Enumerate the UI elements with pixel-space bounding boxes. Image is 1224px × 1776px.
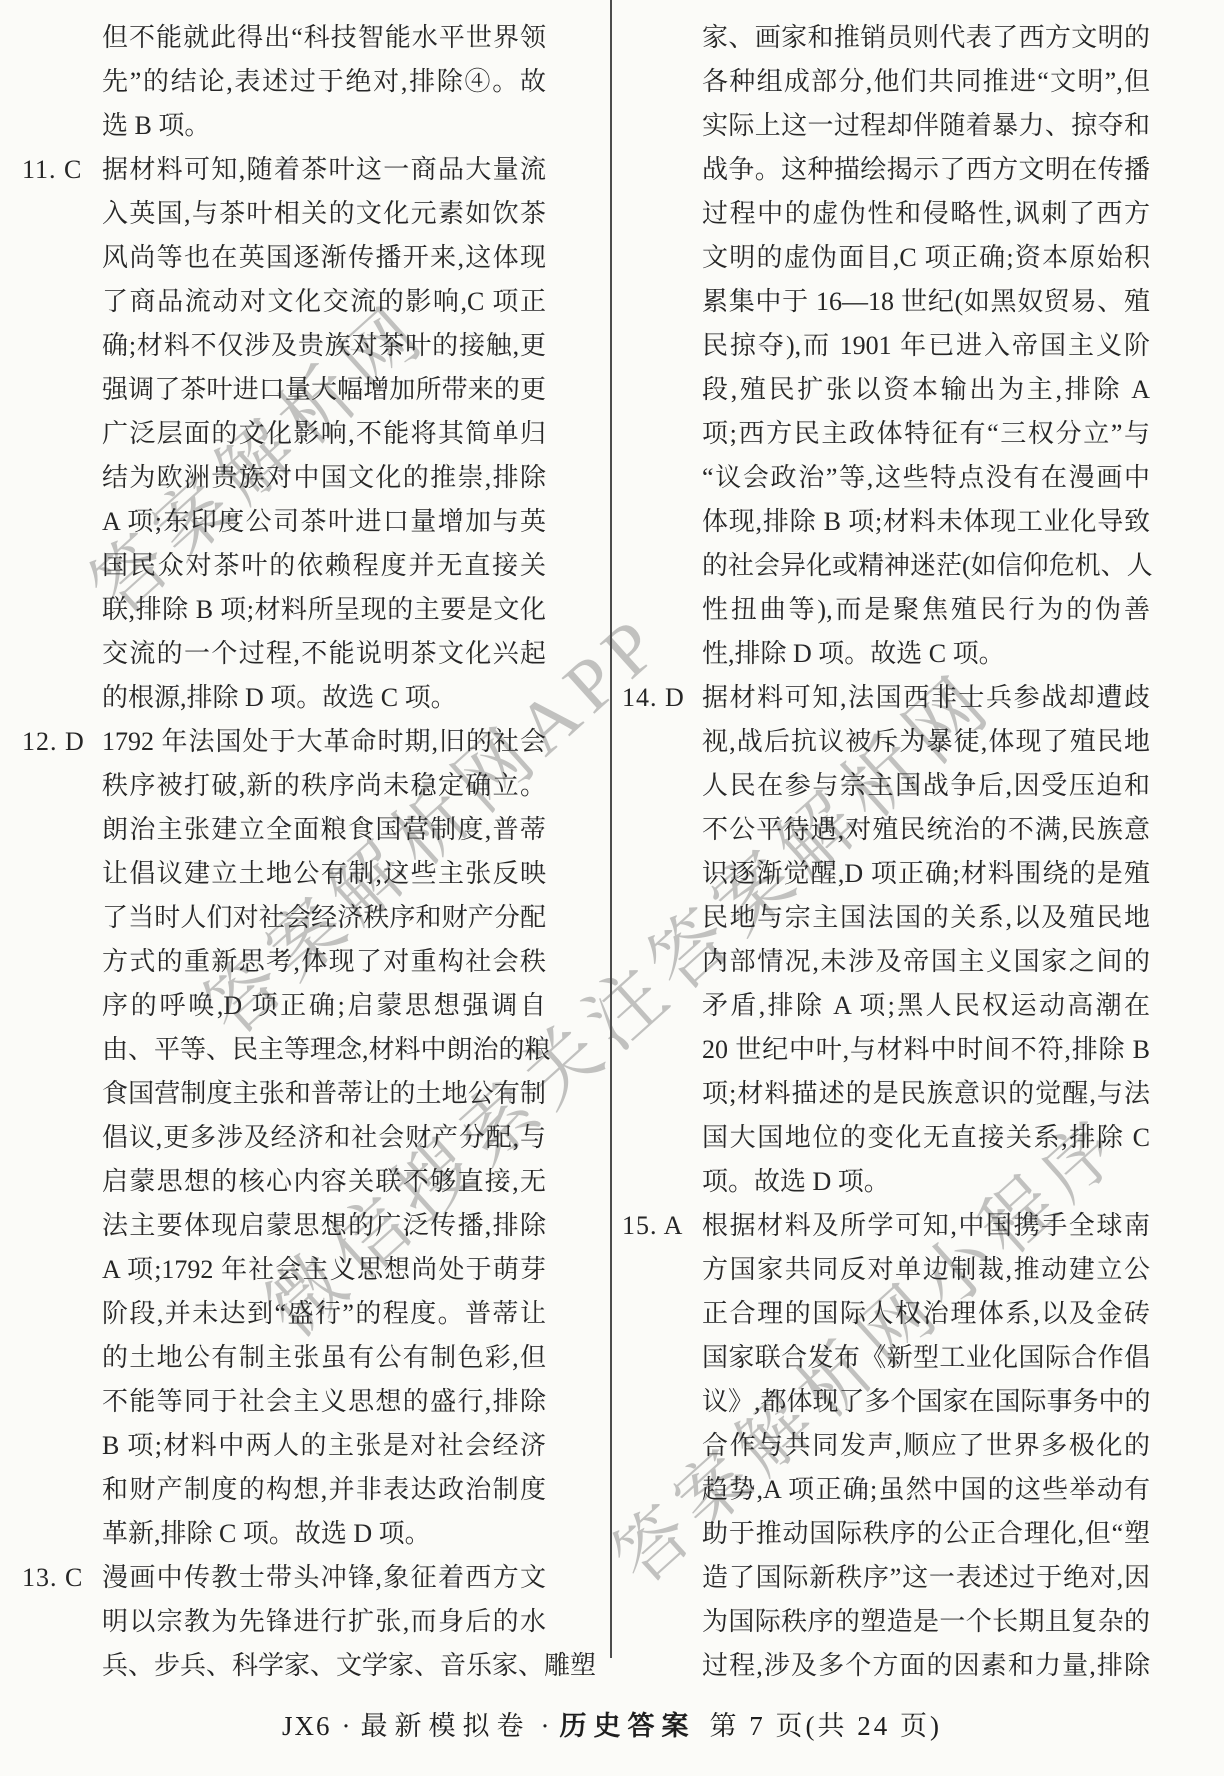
answer-text-line: 结为欧洲贵族对中国文化的推崇,排除 bbox=[102, 456, 546, 500]
line-gutter bbox=[22, 896, 102, 940]
answer-text-line: 入英国,与茶叶相关的文化元素如饮茶 bbox=[102, 192, 546, 236]
answer-line: 国大国地位的变化无直接关系,排除 C bbox=[622, 1116, 1150, 1160]
answer-text-line: 合作与共同发声,顺应了世界多极化的 bbox=[702, 1424, 1150, 1468]
answer-text-line: 体现,排除 B 项;材料未体现工业化导致 bbox=[702, 500, 1150, 544]
answer-line: 先”的结论,表述过于绝对,排除④。故 bbox=[22, 60, 546, 104]
answer-line: 正合理的国际人权治理体系,以及金砖 bbox=[622, 1292, 1150, 1336]
answer-line: 项;西方民主政体特征有“三权分立”与 bbox=[622, 412, 1150, 456]
line-gutter bbox=[622, 764, 702, 808]
answer-line: 实际上这一过程却伴随着暴力、掠夺和 bbox=[622, 104, 1150, 148]
answer-text-line: 性扭曲等),而是聚焦殖民行为的伪善 bbox=[702, 588, 1150, 632]
line-gutter bbox=[22, 236, 102, 280]
answer-line: 项。故选 D 项。 bbox=[622, 1160, 1150, 1204]
line-gutter bbox=[22, 1468, 102, 1512]
line-gutter bbox=[22, 456, 102, 500]
answer-line: 内部情况,未涉及帝国主义国家之间的 bbox=[622, 940, 1150, 984]
line-gutter bbox=[622, 720, 702, 764]
answer-line: 由、平等、民主等理念,材料中朗治的粮 bbox=[22, 1028, 546, 1072]
answer-text-line: 根据材料及所学可知,中国携手全球南 bbox=[702, 1204, 1150, 1248]
line-gutter bbox=[22, 1028, 102, 1072]
answer-line: A 项;东印度公司茶叶进口量增加与英 bbox=[22, 500, 546, 544]
answer-line: 不公平待遇,对殖民统治的不满,民族意 bbox=[622, 808, 1150, 852]
line-gutter bbox=[22, 1072, 102, 1116]
line-gutter bbox=[622, 588, 702, 632]
answer-line: 方国家共同反对单边制裁,推动建立公 bbox=[622, 1248, 1150, 1292]
line-gutter bbox=[22, 984, 102, 1028]
line-gutter bbox=[622, 1116, 702, 1160]
line-gutter bbox=[622, 1028, 702, 1072]
line-gutter bbox=[622, 1292, 702, 1336]
answer-text-line: 但不能就此得出“科技智能水平世界领 bbox=[102, 16, 546, 60]
answer-text-line: 强调了茶叶进口量大幅增加所带来的更 bbox=[102, 368, 546, 412]
line-gutter bbox=[622, 236, 702, 280]
line-gutter bbox=[22, 280, 102, 324]
question-number-label: 13. C bbox=[22, 1556, 102, 1600]
answer-text-line: 食国营制度主张和普蒂让的土地公有制 bbox=[102, 1072, 546, 1116]
answer-text-line: 不能等同于社会主义思想的盛行,排除 bbox=[102, 1380, 546, 1424]
answer-line: 项;材料描述的是民族意识的觉醒,与法 bbox=[622, 1072, 1150, 1116]
answer-text-line: 广泛层面的文化影响,不能将其简单归 bbox=[102, 412, 546, 456]
answer-line: 视,战后抗议被斥为暴徒,体现了殖民地 bbox=[622, 720, 1150, 764]
line-gutter bbox=[622, 984, 702, 1028]
answer-line: 了商品流动对文化交流的影响,C 项正 bbox=[22, 280, 546, 324]
answer-text-line: 国大国地位的变化无直接关系,排除 C bbox=[702, 1116, 1150, 1160]
line-gutter bbox=[22, 1644, 102, 1688]
answer-line: 过程,涉及多个方面的因素和力量,排除 bbox=[622, 1644, 1150, 1688]
footer-separator-dot: · bbox=[541, 1711, 550, 1741]
answer-line: 但不能就此得出“科技智能水平世界领 bbox=[22, 16, 546, 60]
line-gutter bbox=[622, 1072, 702, 1116]
answer-line: 广泛层面的文化影响,不能将其简单归 bbox=[22, 412, 546, 456]
answer-line: 合作与共同发声,顺应了世界多极化的 bbox=[622, 1424, 1150, 1468]
answer-text-line: 交流的一个过程,不能说明茶文化兴起 bbox=[102, 632, 546, 676]
answer-text-line: 民地与宗主国法国的关系,以及殖民地 bbox=[702, 896, 1150, 940]
answer-text-line: 国家联合发布《新型工业化国际合作倡 bbox=[702, 1336, 1150, 1380]
answer-line: 段,殖民扩张以资本输出为主,排除 A bbox=[622, 368, 1150, 412]
line-gutter bbox=[22, 1116, 102, 1160]
answer-text-line: 了当时人们对社会经济秩序和财产分配 bbox=[102, 896, 546, 940]
line-gutter bbox=[22, 588, 102, 632]
answer-text-line: 矛盾,排除 A 项;黑人民权运动高潮在 bbox=[702, 984, 1150, 1028]
line-gutter bbox=[622, 1160, 702, 1204]
answer-text-line: 选 B 项。 bbox=[102, 104, 546, 148]
line-gutter bbox=[22, 192, 102, 236]
column-divider-line bbox=[610, 0, 612, 1658]
answer-text-line: 的根源,排除 D 项。故选 C 项。 bbox=[102, 676, 546, 720]
answer-text-line: 实际上这一过程却伴随着暴力、掠夺和 bbox=[702, 104, 1150, 148]
line-gutter bbox=[622, 1644, 702, 1688]
answer-text-line: 为国际秩序的塑造是一个长期且复杂的 bbox=[702, 1600, 1150, 1644]
line-gutter bbox=[622, 1380, 702, 1424]
answer-text-line: 项。故选 D 项。 bbox=[702, 1160, 1150, 1204]
answer-text-line: 的社会异化或精神迷茫(如信仰危机、人 bbox=[702, 544, 1153, 588]
answer-line: 文明的虚伪面目,C 项正确;资本原始积 bbox=[622, 236, 1150, 280]
answer-text-line: 风尚等也在英国逐渐传播开来,这体现 bbox=[102, 236, 546, 280]
answer-line: 入英国,与茶叶相关的文化元素如饮茶 bbox=[22, 192, 546, 236]
answer-line: 13. C漫画中传教士带头冲锋,象征着西方文 bbox=[22, 1556, 546, 1600]
line-gutter bbox=[622, 940, 702, 984]
line-gutter bbox=[22, 500, 102, 544]
line-gutter bbox=[22, 764, 102, 808]
answer-line: 性,排除 D 项。故选 C 项。 bbox=[622, 632, 1150, 676]
answer-line: 家、画家和推销员则代表了西方文明的 bbox=[622, 16, 1150, 60]
answer-line: 国民众对茶叶的依赖程度并无直接关 bbox=[22, 544, 546, 588]
line-gutter bbox=[22, 1512, 102, 1556]
answer-text-line: 阶段,并未达到“盛行”的程度。普蒂让 bbox=[102, 1292, 546, 1336]
paper-series-title: 最新模拟卷 bbox=[361, 1711, 531, 1741]
answers-column-left: 但不能就此得出“科技智能水平世界领先”的结论,表述过于绝对,排除④。故选 B 项… bbox=[22, 16, 546, 1688]
answer-line: 人民在参与宗主国战争后,因受压迫和 bbox=[622, 764, 1150, 808]
answer-text-line: 家、画家和推销员则代表了西方文明的 bbox=[702, 16, 1150, 60]
line-gutter bbox=[22, 1160, 102, 1204]
answer-line: 各种组成部分,他们共同推进“文明”,但 bbox=[622, 60, 1150, 104]
question-number-label: 11. C bbox=[22, 148, 102, 192]
answer-line: 议》,都体现了多个国家在国际事务中的 bbox=[622, 1380, 1150, 1424]
answer-text-line: 助于推动国际秩序的公正合理化,但“塑 bbox=[702, 1512, 1150, 1556]
answer-line: 方式的重新思考,体现了对重构社会秩 bbox=[22, 940, 546, 984]
line-gutter bbox=[622, 148, 702, 192]
answer-line: 选 B 项。 bbox=[22, 104, 546, 148]
answer-line: 过程中的虚伪性和侵略性,讽刺了西方 bbox=[622, 192, 1150, 236]
answers-column-right: 家、画家和推销员则代表了西方文明的各种组成部分,他们共同推进“文明”,但实际上这… bbox=[622, 16, 1150, 1688]
answer-text-line: 的土地公有制主张虽有公有制色彩,但 bbox=[102, 1336, 546, 1380]
answer-text-line: 确;材料不仅涉及贵族对茶叶的接触,更 bbox=[102, 324, 546, 368]
answer-line: 累集中于 16—18 世纪(如黑奴贸易、殖 bbox=[622, 280, 1150, 324]
line-gutter bbox=[622, 60, 702, 104]
line-gutter bbox=[22, 324, 102, 368]
answer-line: 的社会异化或精神迷茫(如信仰危机、人 bbox=[622, 544, 1150, 588]
line-gutter bbox=[622, 192, 702, 236]
answer-line: A 项;1792 年社会主义思想尚处于萌芽 bbox=[22, 1248, 546, 1292]
answer-line: 15. A根据材料及所学可知,中国携手全球南 bbox=[622, 1204, 1150, 1248]
answer-text-line: 正合理的国际人权治理体系,以及金砖 bbox=[702, 1292, 1150, 1336]
answer-line: 14. D据材料可知,法国西非士兵参战却遭歧 bbox=[622, 676, 1150, 720]
answer-text-line: B 项;材料中两人的主张是对社会经济 bbox=[102, 1424, 546, 1468]
answer-line: 不能等同于社会主义思想的盛行,排除 bbox=[22, 1380, 546, 1424]
answer-text-line: 先”的结论,表述过于绝对,排除④。故 bbox=[102, 60, 546, 104]
answer-line: 倡议,更多涉及经济和社会财产分配,与 bbox=[22, 1116, 546, 1160]
answer-text-line: 人民在参与宗主国战争后,因受压迫和 bbox=[702, 764, 1150, 808]
answer-text-line: 方国家共同反对单边制裁,推动建立公 bbox=[702, 1248, 1150, 1292]
line-gutter bbox=[622, 1468, 702, 1512]
line-gutter bbox=[22, 104, 102, 148]
answer-text-line: 累集中于 16—18 世纪(如黑奴贸易、殖 bbox=[702, 280, 1150, 324]
answer-line: 启蒙思想的核心内容关联不够直接,无 bbox=[22, 1160, 546, 1204]
line-gutter bbox=[22, 852, 102, 896]
line-gutter bbox=[22, 1380, 102, 1424]
answer-text-line: A 项;东印度公司茶叶进口量增加与英 bbox=[102, 500, 546, 544]
answer-text-line: 国民众对茶叶的依赖程度并无直接关 bbox=[102, 544, 546, 588]
answer-line: 兵、步兵、科学家、文学家、音乐家、雕塑 bbox=[22, 1644, 546, 1688]
answer-text-line: 视,战后抗议被斥为暴徒,体现了殖民地 bbox=[702, 720, 1150, 764]
line-gutter bbox=[622, 104, 702, 148]
question-number-label: 14. D bbox=[622, 676, 702, 720]
line-gutter bbox=[22, 940, 102, 984]
answer-text-line: 和财产制度的构想,并非表达政治制度 bbox=[102, 1468, 546, 1512]
answer-text-line: 了商品流动对文化交流的影响,C 项正 bbox=[102, 280, 546, 324]
line-gutter bbox=[622, 324, 702, 368]
answer-line: 了当时人们对社会经济秩序和财产分配 bbox=[22, 896, 546, 940]
line-gutter bbox=[622, 500, 702, 544]
answer-line: 阶段,并未达到“盛行”的程度。普蒂让 bbox=[22, 1292, 546, 1336]
answer-text-line: 项;西方民主政体特征有“三权分立”与 bbox=[702, 412, 1150, 456]
answer-text-line: 启蒙思想的核心内容关联不够直接,无 bbox=[102, 1160, 546, 1204]
answer-line: 的根源,排除 D 项。故选 C 项。 bbox=[22, 676, 546, 720]
answer-text-line: 秩序被打破,新的秩序尚未稳定确立。 bbox=[102, 764, 546, 808]
answer-line: “议会政治”等,这些特点没有在漫画中 bbox=[622, 456, 1150, 500]
answer-line: 为国际秩序的塑造是一个长期且复杂的 bbox=[622, 1600, 1150, 1644]
answer-text-line: 由、平等、民主等理念,材料中朗治的粮 bbox=[102, 1028, 551, 1072]
line-gutter bbox=[622, 412, 702, 456]
answer-line: 让倡议建立土地公有制,这些主张反映 bbox=[22, 852, 546, 896]
answer-text-line: 趋势,A 项正确;虽然中国的这些举动有 bbox=[702, 1468, 1150, 1512]
line-gutter bbox=[622, 1336, 702, 1380]
question-number-label: 15. A bbox=[622, 1204, 702, 1248]
line-gutter bbox=[22, 632, 102, 676]
line-gutter bbox=[622, 368, 702, 412]
answer-line: 序的呼唤,D 项正确;启蒙思想强调自 bbox=[22, 984, 546, 1028]
subject-title: 历史答案 bbox=[560, 1711, 696, 1741]
answer-text-line: 20 世纪中叶,与材料中时间不符,排除 B bbox=[702, 1028, 1150, 1072]
answer-text-line: “议会政治”等,这些特点没有在漫画中 bbox=[702, 456, 1150, 500]
answer-text-line: 据材料可知,随着茶叶这一商品大量流 bbox=[102, 148, 546, 192]
line-gutter bbox=[622, 280, 702, 324]
answer-line: 12. D1792 年法国处于大革命时期,旧的社会 bbox=[22, 720, 546, 764]
line-gutter bbox=[622, 1248, 702, 1292]
answer-line: 造了国际新秩序”这一表述过于绝对,因 bbox=[622, 1556, 1150, 1600]
answer-line: 风尚等也在英国逐渐传播开来,这体现 bbox=[22, 236, 546, 280]
answer-text-line: 兵、步兵、科学家、文学家、音乐家、雕塑 bbox=[102, 1644, 596, 1688]
answer-text-line: 战争。这种描绘揭示了西方文明在传播 bbox=[702, 148, 1150, 192]
answer-text-line: 明以宗教为先锋进行扩张,而身后的水 bbox=[102, 1600, 546, 1644]
line-gutter bbox=[22, 412, 102, 456]
line-gutter bbox=[622, 16, 702, 60]
line-gutter bbox=[622, 1556, 702, 1600]
line-gutter bbox=[622, 1600, 702, 1644]
answer-text-line: 识逐渐觉醒,D 项正确;材料围绕的是殖 bbox=[702, 852, 1150, 896]
answer-text-line: 文明的虚伪面目,C 项正确;资本原始积 bbox=[702, 236, 1150, 280]
line-gutter bbox=[622, 456, 702, 500]
line-gutter bbox=[622, 1512, 702, 1556]
line-gutter bbox=[22, 1248, 102, 1292]
answer-line: B 项;材料中两人的主张是对社会经济 bbox=[22, 1424, 546, 1468]
answer-line: 11. C据材料可知,随着茶叶这一商品大量流 bbox=[22, 148, 546, 192]
answer-text-line: 各种组成部分,他们共同推进“文明”,但 bbox=[702, 60, 1150, 104]
answer-line: 和财产制度的构想,并非表达政治制度 bbox=[22, 1468, 546, 1512]
footer-separator-dot: · bbox=[342, 1711, 351, 1741]
question-number-label: 12. D bbox=[22, 720, 102, 764]
answer-text-line: 法主要体现启蒙思想的广泛传播,排除 bbox=[102, 1204, 546, 1248]
line-gutter bbox=[22, 544, 102, 588]
answer-text-line: 项;材料描述的是民族意识的觉醒,与法 bbox=[702, 1072, 1150, 1116]
answer-line: 20 世纪中叶,与材料中时间不符,排除 B bbox=[622, 1028, 1150, 1072]
line-gutter bbox=[22, 1336, 102, 1380]
answer-line: 食国营制度主张和普蒂让的土地公有制 bbox=[22, 1072, 546, 1116]
answer-text-line: 方式的重新思考,体现了对重构社会秩 bbox=[102, 940, 546, 984]
line-gutter bbox=[22, 1292, 102, 1336]
line-gutter bbox=[622, 852, 702, 896]
answer-text-line: 据材料可知,法国西非士兵参战却遭歧 bbox=[702, 676, 1150, 720]
answer-line: 朗治主张建立全面粮食国营制度,普蒂 bbox=[22, 808, 546, 852]
line-gutter bbox=[622, 896, 702, 940]
answer-text-line: 联,排除 B 项;材料所呈现的主要是文化 bbox=[102, 588, 546, 632]
answer-sheet-page: 答案解析网答案解析网APP微信搜索关注答案解析网答案解析网小程序 但不能就此得出… bbox=[0, 0, 1224, 1776]
answer-line: 强调了茶叶进口量大幅增加所带来的更 bbox=[22, 368, 546, 412]
answer-line: 战争。这种描绘揭示了西方文明在传播 bbox=[622, 148, 1150, 192]
page-number-info: 第 7 页(共 24 页) bbox=[710, 1711, 942, 1741]
answer-line: 趋势,A 项正确;虽然中国的这些举动有 bbox=[622, 1468, 1150, 1512]
line-gutter bbox=[22, 1424, 102, 1468]
answer-text-line: 民掠夺),而 1901 年已进入帝国主义阶 bbox=[702, 324, 1150, 368]
line-gutter bbox=[622, 1424, 702, 1468]
answer-text-line: 漫画中传教士带头冲锋,象征着西方文 bbox=[102, 1556, 546, 1600]
line-gutter bbox=[22, 16, 102, 60]
answer-line: 交流的一个过程,不能说明茶文化兴起 bbox=[22, 632, 546, 676]
answer-text-line: 让倡议建立土地公有制,这些主张反映 bbox=[102, 852, 546, 896]
line-gutter bbox=[22, 1204, 102, 1248]
answer-line: 联,排除 B 项;材料所呈现的主要是文化 bbox=[22, 588, 546, 632]
answer-text-line: 1792 年法国处于大革命时期,旧的社会 bbox=[102, 720, 546, 764]
answer-line: 结为欧洲贵族对中国文化的推崇,排除 bbox=[22, 456, 546, 500]
answer-line: 矛盾,排除 A 项;黑人民权运动高潮在 bbox=[622, 984, 1150, 1028]
answer-text-line: 不公平待遇,对殖民统治的不满,民族意 bbox=[702, 808, 1150, 852]
answer-text-line: 序的呼唤,D 项正确;启蒙思想强调自 bbox=[102, 984, 546, 1028]
answer-line: 秩序被打破,新的秩序尚未稳定确立。 bbox=[22, 764, 546, 808]
answer-line: 助于推动国际秩序的公正合理化,但“塑 bbox=[622, 1512, 1150, 1556]
line-gutter bbox=[22, 368, 102, 412]
answer-line: 民地与宗主国法国的关系,以及殖民地 bbox=[622, 896, 1150, 940]
answer-text-line: 过程中的虚伪性和侵略性,讽刺了西方 bbox=[702, 192, 1150, 236]
answer-text-line: 革新,排除 C 项。故选 D 项。 bbox=[102, 1512, 546, 1556]
answer-line: 确;材料不仅涉及贵族对茶叶的接触,更 bbox=[22, 324, 546, 368]
answer-line: 法主要体现启蒙思想的广泛传播,排除 bbox=[22, 1204, 546, 1248]
answer-text-line: 造了国际新秩序”这一表述过于绝对,因 bbox=[702, 1556, 1150, 1600]
answer-text-line: 倡议,更多涉及经济和社会财产分配,与 bbox=[102, 1116, 546, 1160]
answer-text-line: A 项;1792 年社会主义思想尚处于萌芽 bbox=[102, 1248, 546, 1292]
answer-text-line: 过程,涉及多个方面的因素和力量,排除 bbox=[702, 1644, 1150, 1688]
answer-text-line: 段,殖民扩张以资本输出为主,排除 A bbox=[702, 368, 1150, 412]
answer-line: 明以宗教为先锋进行扩张,而身后的水 bbox=[22, 1600, 546, 1644]
paper-code: JX6 bbox=[282, 1711, 332, 1741]
answer-line: 国家联合发布《新型工业化国际合作倡 bbox=[622, 1336, 1150, 1380]
answer-text-line: 性,排除 D 项。故选 C 项。 bbox=[702, 632, 1150, 676]
answer-text-line: 朗治主张建立全面粮食国营制度,普蒂 bbox=[102, 808, 546, 852]
answer-text-line: 议》,都体现了多个国家在国际事务中的 bbox=[702, 1380, 1151, 1424]
line-gutter bbox=[622, 544, 702, 588]
answer-line: 的土地公有制主张虽有公有制色彩,但 bbox=[22, 1336, 546, 1380]
line-gutter bbox=[22, 1600, 102, 1644]
line-gutter bbox=[22, 808, 102, 852]
answer-line: 性扭曲等),而是聚焦殖民行为的伪善 bbox=[622, 588, 1150, 632]
line-gutter bbox=[22, 676, 102, 720]
answer-text-line: 内部情况,未涉及帝国主义国家之间的 bbox=[702, 940, 1150, 984]
answer-line: 识逐渐觉醒,D 项正确;材料围绕的是殖 bbox=[622, 852, 1150, 896]
answer-line: 革新,排除 C 项。故选 D 项。 bbox=[22, 1512, 546, 1556]
line-gutter bbox=[622, 808, 702, 852]
answer-line: 民掠夺),而 1901 年已进入帝国主义阶 bbox=[622, 324, 1150, 368]
answer-line: 体现,排除 B 项;材料未体现工业化导致 bbox=[622, 500, 1150, 544]
line-gutter bbox=[622, 632, 702, 676]
page-footer: JX6·最新模拟卷·历史答案第 7 页(共 24 页) bbox=[0, 1704, 1224, 1743]
line-gutter bbox=[22, 60, 102, 104]
